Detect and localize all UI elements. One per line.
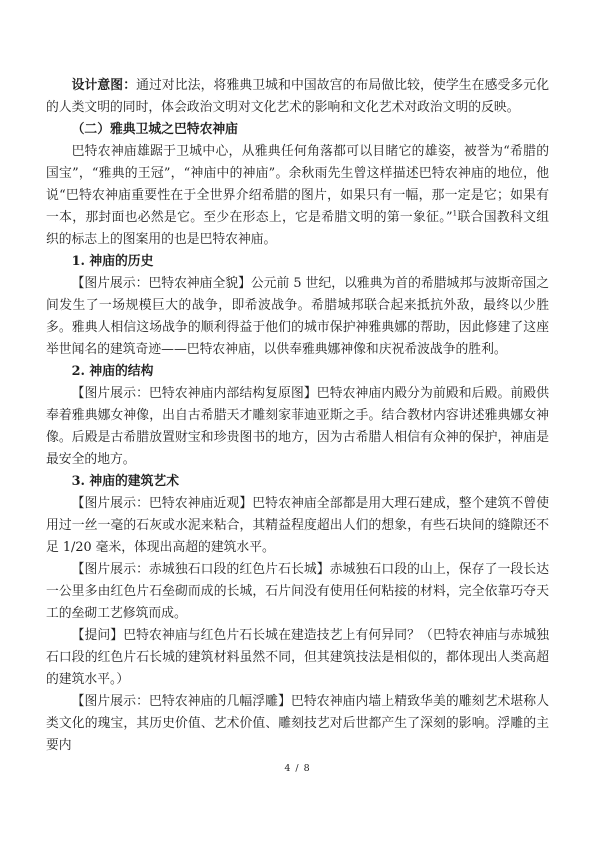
design-intent-label: 设计意图： (72, 78, 137, 93)
question-paragraph: 【提问】巴特农神庙与红色片石长城在建造技艺上有何异同？（巴特农神庙与赤城独石口段… (46, 625, 549, 691)
subheading-temple-history: 1. 神庙的历史 (46, 251, 549, 273)
great-wall-comparison-paragraph: 【图片展示：赤城独石口段的红色片石长城】赤城独石口段的山上，保存了一段长达一公里… (46, 559, 549, 625)
relief-carving-paragraph: 【图片展示：巴特农神庙的几幅浮雕】巴特农神庙内墙上精致华美的雕刻艺术堪称人类文化… (46, 691, 549, 757)
marble-construction-paragraph: 【图片展示：巴特农神庙近观】巴特农神庙全部都是用大理石建成，整个建筑不曾使用过一… (46, 493, 549, 559)
section-heading: （二）雅典卫城之巴特农神庙 (46, 119, 549, 141)
temple-structure-paragraph: 【图片展示：巴特农神庙内部结构复原图】巴特农神庙内殿分为前殿和后殿。前殿供奉着雅… (46, 383, 549, 471)
intro-paragraph: 巴特农神庙雄踞于卫城中心，从雅典任何角落都可以目睹它的雄姿，被誉为“希腊的国宝”… (46, 141, 549, 251)
document-page: 设计意图：通过对比法，将雅典卫城和中国故宫的布局做比较，使学生在感受多元化的人类… (0, 0, 595, 841)
design-intent-paragraph: 设计意图：通过对比法，将雅典卫城和中国故宫的布局做比较，使学生在感受多元化的人类… (46, 75, 549, 119)
subheading-temple-structure: 2. 神庙的结构 (46, 361, 549, 383)
temple-history-paragraph: 【图片展示：巴特农神庙全貌】公元前 5 世纪，以雅典为首的希腊城邦与波斯帝国之间… (46, 273, 549, 361)
page-number: 4 / 8 (0, 763, 595, 775)
subheading-temple-architecture: 3. 神庙的建筑艺术 (46, 471, 549, 493)
document-body: 设计意图：通过对比法，将雅典卫城和中国故宫的布局做比较，使学生在感受多元化的人类… (46, 75, 549, 757)
